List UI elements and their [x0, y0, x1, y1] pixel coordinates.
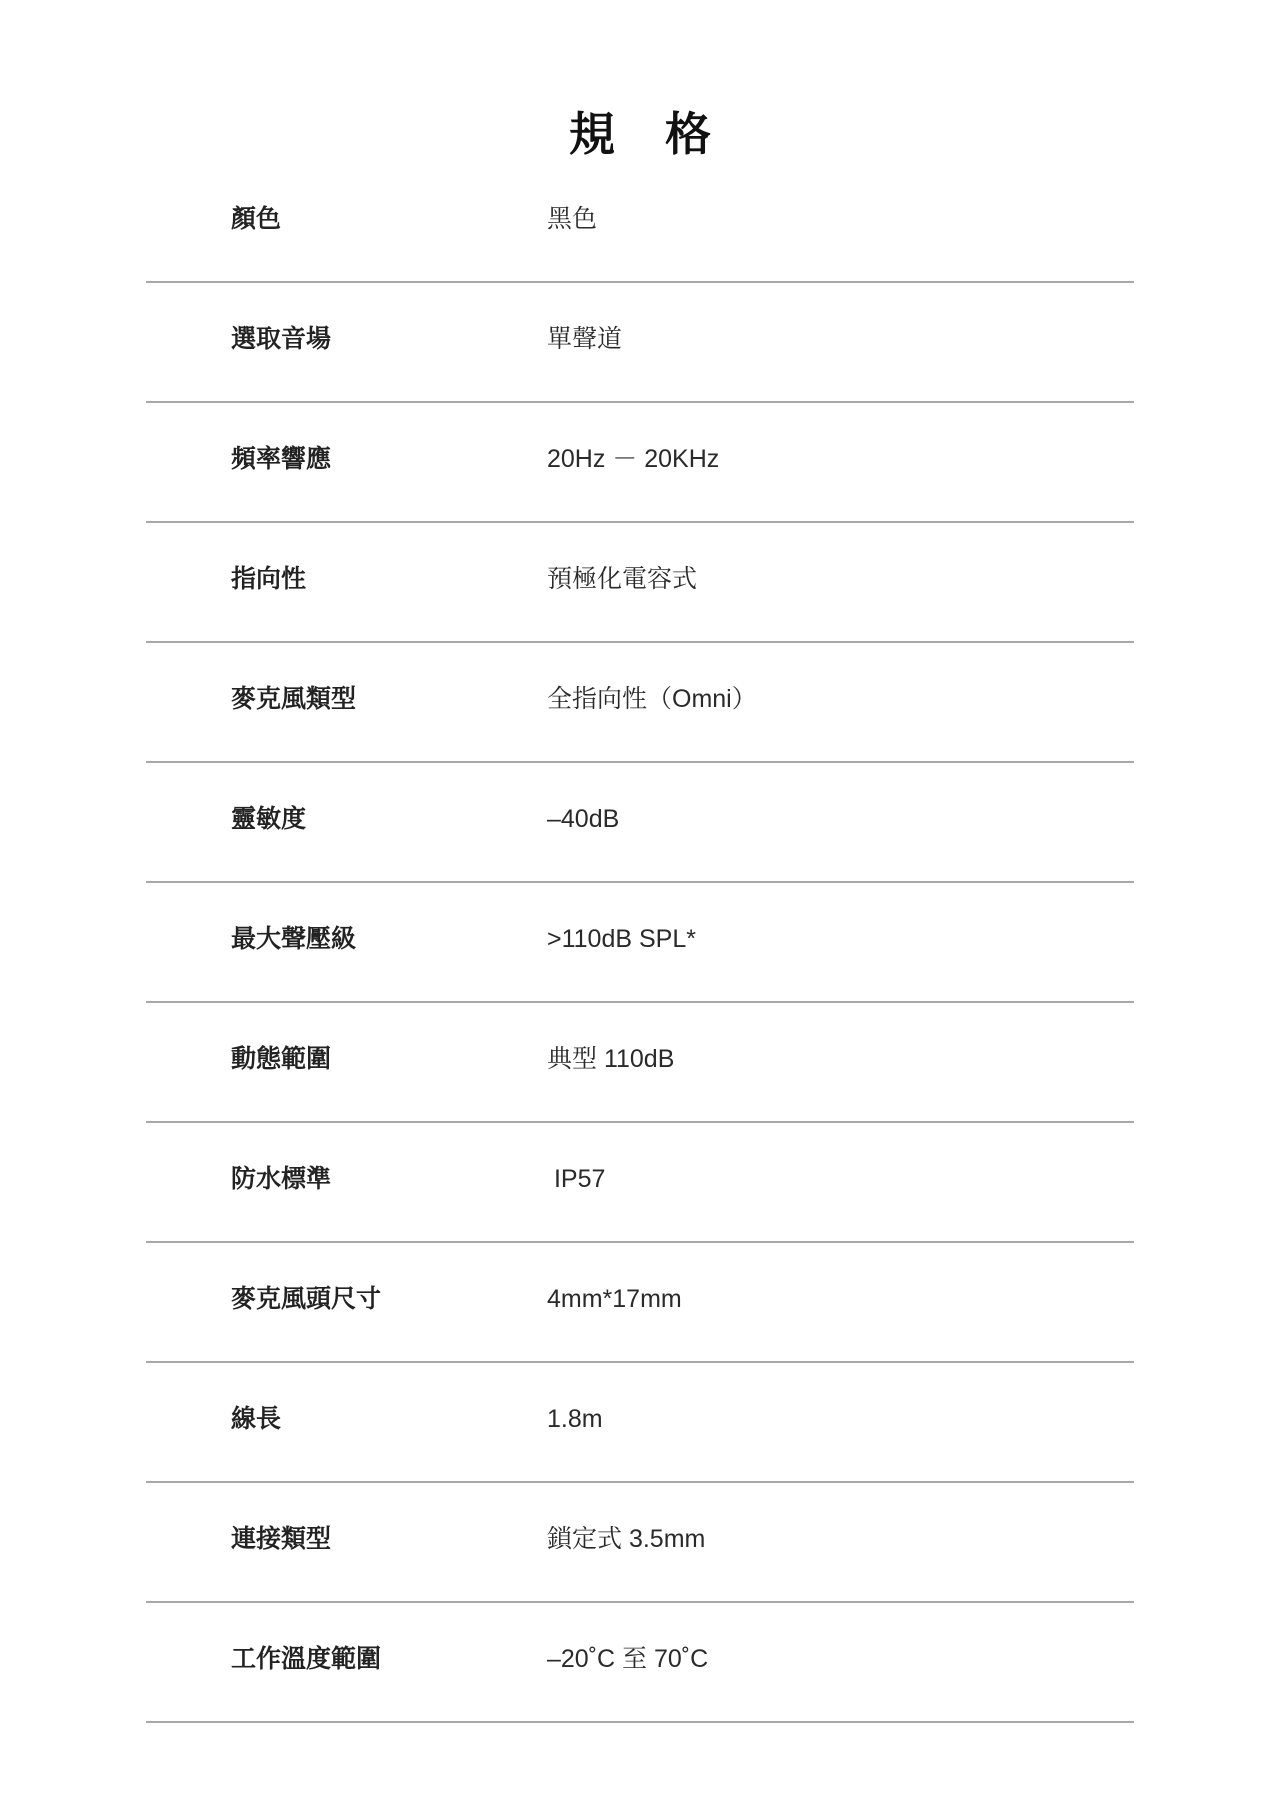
spec-value: >110dB SPL*: [547, 921, 696, 957]
spec-label: 動態範圍: [231, 1041, 331, 1077]
spec-row-color: 顏色 黑色: [146, 163, 1134, 283]
spec-label: 顏色: [231, 201, 281, 237]
spec-label: 線長: [231, 1401, 281, 1437]
spec-value: 黑色: [547, 201, 597, 237]
spec-label: 指向性: [231, 561, 306, 597]
spec-row-dynamic-range: 動態範圍 典型 110dB: [146, 1003, 1134, 1123]
spec-value: 單聲道: [547, 321, 622, 357]
spec-value: 20Hz － 20KHz: [547, 441, 719, 477]
spec-row-mic-head-size: 麥克風頭尺寸 4mm*17mm: [146, 1243, 1134, 1363]
spec-value: 預極化電容式: [547, 561, 697, 597]
spec-row-waterproof: 防水標準 IP57: [146, 1123, 1134, 1243]
spec-value: 1.8m: [547, 1401, 603, 1437]
spec-row-connector-type: 連接類型 鎖定式 3.5mm: [146, 1483, 1134, 1603]
spec-row-sensitivity: 靈敏度 –40dB: [146, 763, 1134, 883]
spec-label: 頻率響應: [231, 441, 331, 477]
spec-label: 選取音場: [231, 321, 331, 357]
spec-label: 麥克風頭尺寸: [231, 1281, 381, 1317]
spec-value: 4mm*17mm: [547, 1281, 682, 1317]
spec-row-directivity: 指向性 預極化電容式: [146, 523, 1134, 643]
spec-label: 最大聲壓級: [231, 921, 356, 957]
spec-label: 工作溫度範圍: [231, 1641, 381, 1677]
spec-row-sound-field: 選取音場 單聲道: [146, 283, 1134, 403]
spec-value: –40dB: [547, 801, 619, 837]
page-title: 規格: [0, 99, 1280, 169]
spec-label: 麥克風類型: [231, 681, 356, 717]
spec-row-frequency-response: 頻率響應 20Hz － 20KHz: [146, 403, 1134, 523]
spec-value: 鎖定式 3.5mm: [547, 1521, 705, 1557]
spec-row-mic-type: 麥克風類型 全指向性（Omni）: [146, 643, 1134, 763]
spec-row-operating-temp: 工作溫度範圍 –20˚C 至 70˚C: [146, 1603, 1134, 1723]
spec-value: 全指向性（Omni）: [547, 681, 757, 717]
spec-value: 典型 110dB: [547, 1041, 674, 1077]
spec-row-cable-length: 線長 1.8m: [146, 1363, 1134, 1483]
spec-value: IP57: [547, 1161, 605, 1197]
spec-label: 靈敏度: [231, 801, 306, 837]
spec-row-max-spl: 最大聲壓級 >110dB SPL*: [146, 883, 1134, 1003]
spec-label: 防水標準: [231, 1161, 331, 1197]
spec-table: 顏色 黑色 選取音場 單聲道 頻率響應 20Hz － 20KHz 指向性 預極化…: [146, 163, 1134, 1723]
spec-label: 連接類型: [231, 1521, 331, 1557]
spec-value: –20˚C 至 70˚C: [547, 1641, 708, 1677]
